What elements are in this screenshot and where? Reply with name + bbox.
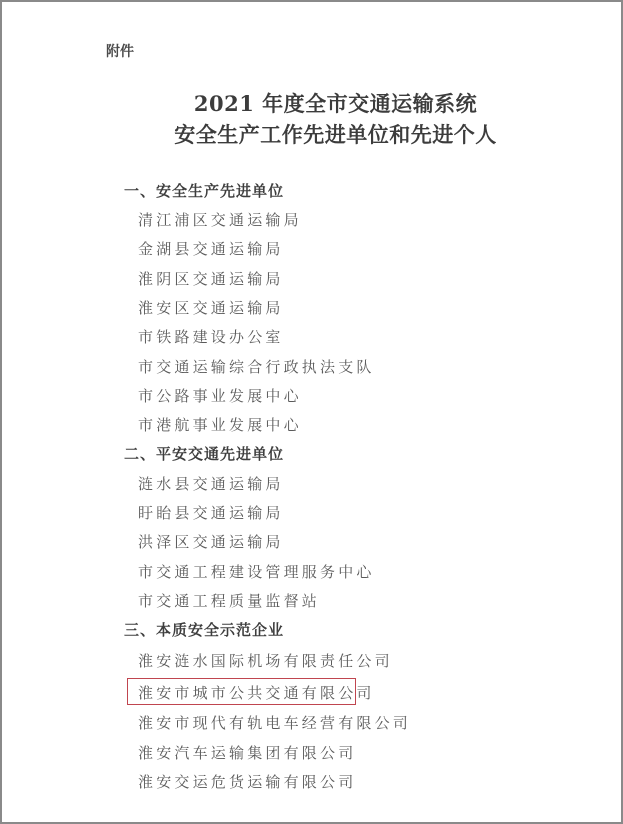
list-item: 淮阴区交通运输局 bbox=[138, 268, 284, 289]
list-item: 盱眙县交通运输局 bbox=[138, 502, 284, 523]
list-item: 淮安汽车运输集团有限公司 bbox=[138, 742, 356, 763]
list-item: 涟水县交通运输局 bbox=[138, 473, 284, 494]
list-item: 市交通运输综合行政执法支队 bbox=[138, 356, 375, 377]
document-title-line-1: 2021 年度全市交通运输系统 bbox=[24, 88, 623, 118]
document-page: 附件 2021 年度全市交通运输系统 安全生产工作先进单位和先进个人 一、安全生… bbox=[0, 0, 623, 824]
section-heading-intrinsic-safety: 三、本质安全示范企业 bbox=[124, 619, 284, 640]
section-heading-safety-production: 一、安全生产先进单位 bbox=[124, 180, 284, 201]
list-item: 市交通工程建设管理服务中心 bbox=[138, 561, 375, 582]
section-heading-safe-traffic: 二、平安交通先进单位 bbox=[124, 443, 284, 464]
list-item: 洪泽区交通运输局 bbox=[138, 531, 284, 552]
list-item: 市公路事业发展中心 bbox=[138, 385, 302, 406]
list-item: 市铁路建设办公室 bbox=[138, 326, 284, 347]
list-item: 市港航事业发展中心 bbox=[138, 414, 302, 435]
list-item: 清江浦区交通运输局 bbox=[138, 209, 302, 230]
list-item: 金湖县交通运输局 bbox=[138, 238, 284, 259]
list-item: 淮安涟水国际机场有限责任公司 bbox=[138, 650, 393, 671]
list-item: 淮安区交通运输局 bbox=[138, 297, 284, 318]
list-item: 淮安市现代有轨电车经营有限公司 bbox=[138, 712, 411, 733]
document-title-line-2: 安全生产工作先进单位和先进个人 bbox=[24, 119, 623, 149]
attachment-label: 附件 bbox=[106, 41, 134, 61]
list-item-highlighted: 淮安市城市公共交通有限公司 bbox=[138, 682, 375, 703]
list-item: 市交通工程质量监督站 bbox=[138, 590, 320, 611]
list-item: 淮安交运危货运输有限公司 bbox=[138, 771, 356, 792]
